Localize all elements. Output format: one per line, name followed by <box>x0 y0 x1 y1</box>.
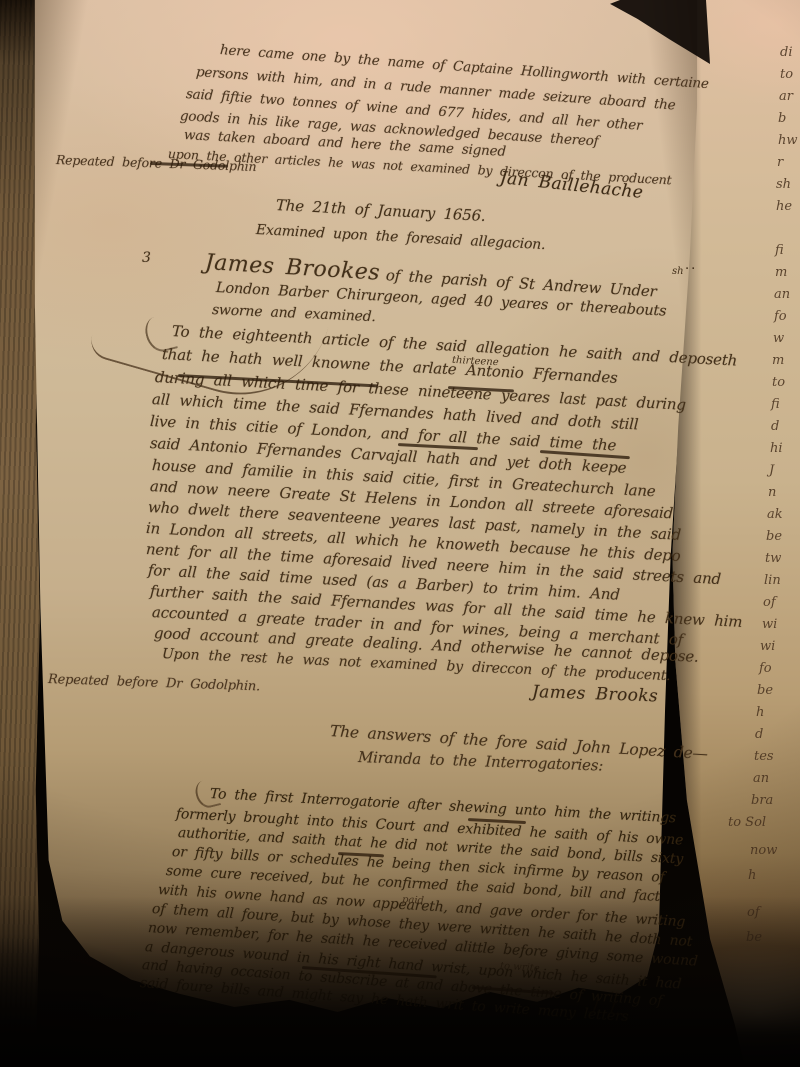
facing-page-text-fragment: fo <box>774 309 787 324</box>
facing-page-text-fragment: r <box>777 155 783 170</box>
facing-page-text-fragment: tes <box>754 749 774 764</box>
facing-page-text-fragment: now <box>750 843 777 858</box>
facing-page-text-fragment: he <box>776 199 792 214</box>
facing-page-text-fragment: tw <box>765 551 781 566</box>
facing-page-text-fragment: fi <box>771 397 780 412</box>
facing-page-text-fragment: J <box>769 463 774 478</box>
facing-page-text-fragment: wi <box>762 617 777 632</box>
facing-page-text-fragment: d <box>755 727 763 742</box>
facing-page-text-fragment: an <box>774 287 790 302</box>
manuscript-photo: here came one by the name of Captaine Ho… <box>0 0 800 1067</box>
facing-page-text-fragment: b <box>778 111 786 126</box>
facing-page-text-fragment: h <box>756 705 764 720</box>
facing-page-text-fragment: of <box>763 595 776 610</box>
facing-page-text-fragment: fo <box>759 661 772 676</box>
facing-page-text-fragment: fi <box>775 243 784 258</box>
facing-page-text-fragment: hw <box>778 133 798 148</box>
facing-page-text-fragment: to <box>780 67 793 82</box>
margin-number: 3 <box>142 250 151 266</box>
facing-page-text-fragment: ak <box>767 507 783 522</box>
facing-page-text-fragment: wi <box>760 639 775 654</box>
facing-page-text-fragment: be <box>766 529 782 544</box>
facing-page-text-fragment: be <box>746 930 762 945</box>
facing-page-text-fragment: hi <box>770 441 783 456</box>
facing-page-text-fragment: m <box>772 353 784 368</box>
interlinear-insertion: sh <box>672 266 684 277</box>
facing-page-text-fragment: di <box>780 45 792 60</box>
facing-page-text-fragment: to <box>772 375 785 390</box>
facing-page-text-fragment: of <box>747 905 760 920</box>
interlinear-insertion: thirteene <box>452 355 499 368</box>
facing-page-text-fragment: ar <box>779 89 793 104</box>
facing-page-text-fragment: to Sol <box>728 815 766 830</box>
facing-page-text-fragment: d <box>771 419 779 434</box>
facing-page-text-fragment: n <box>768 485 776 500</box>
facing-page-text-fragment: an <box>753 771 769 786</box>
facing-page-text-fragment: bra <box>751 793 773 808</box>
ink-dots: .. <box>685 258 697 273</box>
facing-page-text-fragment: be <box>757 683 773 698</box>
facing-page-text-fragment: h <box>748 868 756 883</box>
interlinear-insertion: paid <box>402 894 425 906</box>
facing-page-text-fragment: sh <box>776 177 791 192</box>
facing-page-text-fragment: m <box>775 265 787 280</box>
facing-page-text-fragment: w <box>773 331 784 346</box>
facing-page-text-fragment: lin <box>764 573 781 588</box>
